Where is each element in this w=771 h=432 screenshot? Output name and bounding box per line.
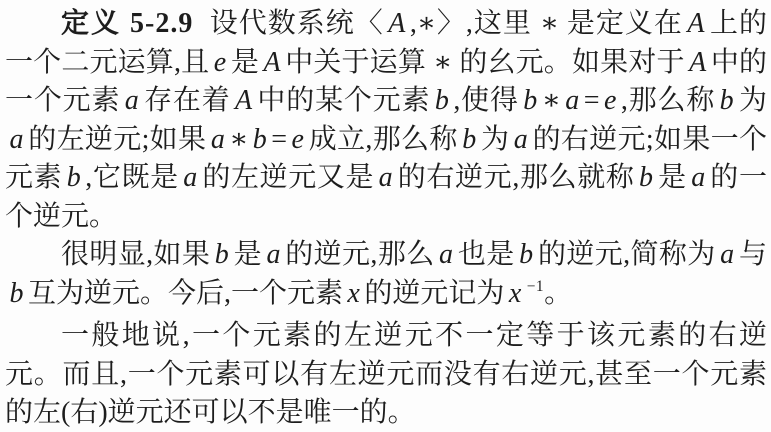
math-variable: a	[439, 239, 453, 270]
definition-label: 定义 5-2.9	[61, 8, 193, 39]
text-run: 。	[544, 278, 572, 309]
textbook-page: 定义 5-2.9设代数系统〈A,∗〉,这里 ∗ 是定义在A上的一个二元运算,且e…	[0, 0, 771, 432]
text-run: 的右逆元,那么就称	[397, 162, 634, 193]
math-variable: x	[509, 278, 521, 309]
text-run: 的左逆元又是	[202, 162, 374, 193]
text-run: 的逆元,简称为	[538, 239, 716, 270]
definition-paragraph: 定义 5-2.9设代数系统〈A,∗〉,这里 ∗ 是定义在A上的一个二元运算,且e…	[5, 5, 767, 236]
math-variable: b	[639, 162, 653, 193]
text-run: 的左逆元;如果	[28, 124, 206, 155]
text-run: ∗	[542, 85, 561, 116]
math-variable: A	[687, 8, 704, 39]
text-run: ,那么称	[621, 85, 715, 116]
math-variable: a	[183, 162, 197, 193]
text-run: 一般地说,一个元素的左逆元不一定等于该元素的右逆元。而且,一个元素可以有左逆元而…	[5, 320, 767, 428]
text-run: ,它既是	[85, 162, 179, 193]
math-variable: a	[266, 239, 280, 270]
math-variable: a	[565, 85, 579, 116]
math-variable: A	[235, 85, 252, 116]
text-run: ∗	[229, 124, 248, 155]
math-variable: b	[462, 124, 476, 155]
text-run: 也是	[458, 239, 515, 270]
text-run: 设代数系统〈	[209, 8, 384, 39]
text-run: 为	[481, 124, 510, 155]
math-variable: a	[211, 124, 225, 155]
math-variable: e	[604, 85, 616, 116]
text-run: 互为逆元。今后,一个元素	[28, 278, 343, 309]
text-run: ,∗〉,这里 ∗ 是定义在	[410, 8, 683, 39]
text-run: =	[271, 124, 287, 155]
math-variable: a	[379, 162, 393, 193]
text-run: 是	[657, 162, 686, 193]
text-run: 是	[233, 239, 262, 270]
math-variable: a	[125, 85, 139, 116]
math-variable: a	[691, 162, 705, 193]
math-variable: x	[347, 278, 359, 309]
math-variable: A	[388, 8, 405, 39]
text-run: 中的某个元素	[257, 85, 431, 116]
math-variable: A	[689, 47, 706, 78]
text-run: 的逆元,那么	[285, 239, 435, 270]
math-variable: e	[214, 47, 226, 78]
superscript-exponent: −1	[527, 278, 544, 295]
remark-paragraph-1: 很明显,如果b是a的逆元,那么a也是b的逆元,简称为a与b互为逆元。今后,一个元…	[5, 236, 767, 313]
math-variable: a	[9, 124, 23, 155]
math-variable: b	[9, 278, 23, 309]
remark-paragraph-2: 一般地说,一个元素的左逆元不一定等于该元素的右逆元。而且,一个元素可以有左逆元而…	[5, 317, 767, 432]
math-variable: b	[435, 85, 449, 116]
math-variable: b	[720, 85, 734, 116]
text-run: 存在着	[143, 85, 230, 116]
math-variable: b	[523, 85, 537, 116]
math-variable: A	[263, 47, 280, 78]
text-run: 成立,那么称	[308, 124, 457, 155]
math-variable: a	[514, 124, 528, 155]
math-variable: b	[519, 239, 533, 270]
text-run: 中关于运算 ∗ 的幺元。如果对于	[285, 47, 685, 78]
text-run: 是	[231, 47, 259, 78]
text-run: ,使得	[453, 85, 518, 116]
text-run: 与	[739, 239, 767, 270]
math-variable: b	[215, 239, 229, 270]
text-run: =	[584, 85, 600, 116]
math-variable: e	[292, 124, 304, 155]
math-variable: b	[253, 124, 267, 155]
math-variable: b	[67, 162, 81, 193]
math-variable: a	[720, 239, 734, 270]
text-run: 的逆元记为	[364, 278, 504, 309]
text-run: 很明显,如果	[61, 239, 210, 270]
text-run: 为	[738, 85, 767, 116]
